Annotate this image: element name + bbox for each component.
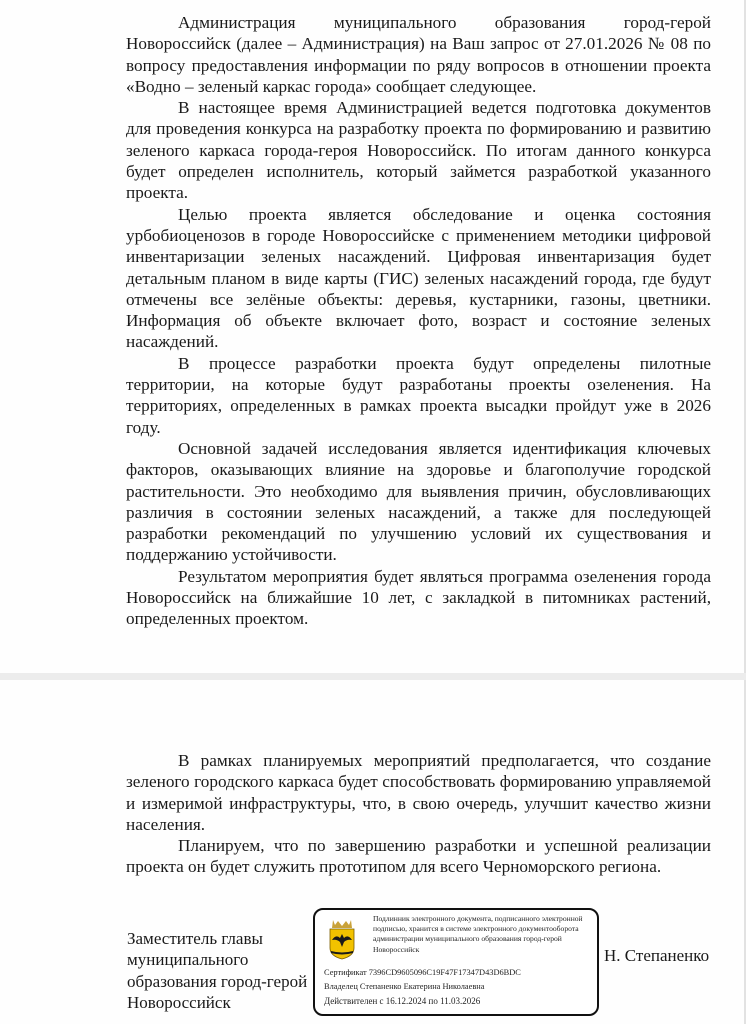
- paragraph: В настоящее время Администрацией ведется…: [126, 97, 711, 203]
- coat-of-arms-icon: [325, 918, 359, 960]
- letter-body-continued: В рамках планируемых мероприятий предпол…: [126, 750, 711, 878]
- letter-body: Администрация муниципального образования…: [126, 12, 711, 630]
- paragraph: Целью проекта является обследование и оц…: [126, 204, 711, 353]
- paragraph: Администрация муниципального образования…: [126, 12, 711, 97]
- certificate-validity: Действителен с 16.12.2024 по 11.03.2026: [324, 996, 480, 1006]
- certificate-number: Сертификат 7396CD9605096C19F47F17347D43D…: [324, 968, 521, 977]
- paragraph: Планируем, что по завершению разработки …: [126, 835, 711, 878]
- certificate-owner: Владелец Степаненко Екатерина Николаевна: [324, 982, 485, 991]
- document-page-1: Администрация муниципального образования…: [0, 0, 746, 673]
- stamp-header-text: Подлинник электронного документа, подпис…: [373, 914, 597, 955]
- signatory-title-line: муниципального: [127, 949, 317, 970]
- paragraph: В процессе разработки проекта будут опре…: [126, 353, 711, 438]
- paragraph: В рамках планируемых мероприятий предпол…: [126, 750, 711, 835]
- signer-name: Н. Степаненко: [604, 946, 709, 966]
- signatory-title-line: Новороссийск: [127, 992, 317, 1013]
- signatory-title-line: образования город-герой: [127, 971, 317, 992]
- paragraph: Результатом мероприятия будет являться п…: [126, 566, 711, 630]
- document-page-2: В рамках планируемых мероприятий предпол…: [0, 680, 746, 1024]
- signatory-title: Заместитель главы муниципального образов…: [127, 928, 317, 1013]
- electronic-signature-stamp: Подлинник электронного документа, подпис…: [313, 908, 599, 1016]
- signatory-title-line: Заместитель главы: [127, 928, 317, 949]
- page-break-divider: [0, 673, 746, 680]
- paragraph: Основной задачей исследования является и…: [126, 438, 711, 566]
